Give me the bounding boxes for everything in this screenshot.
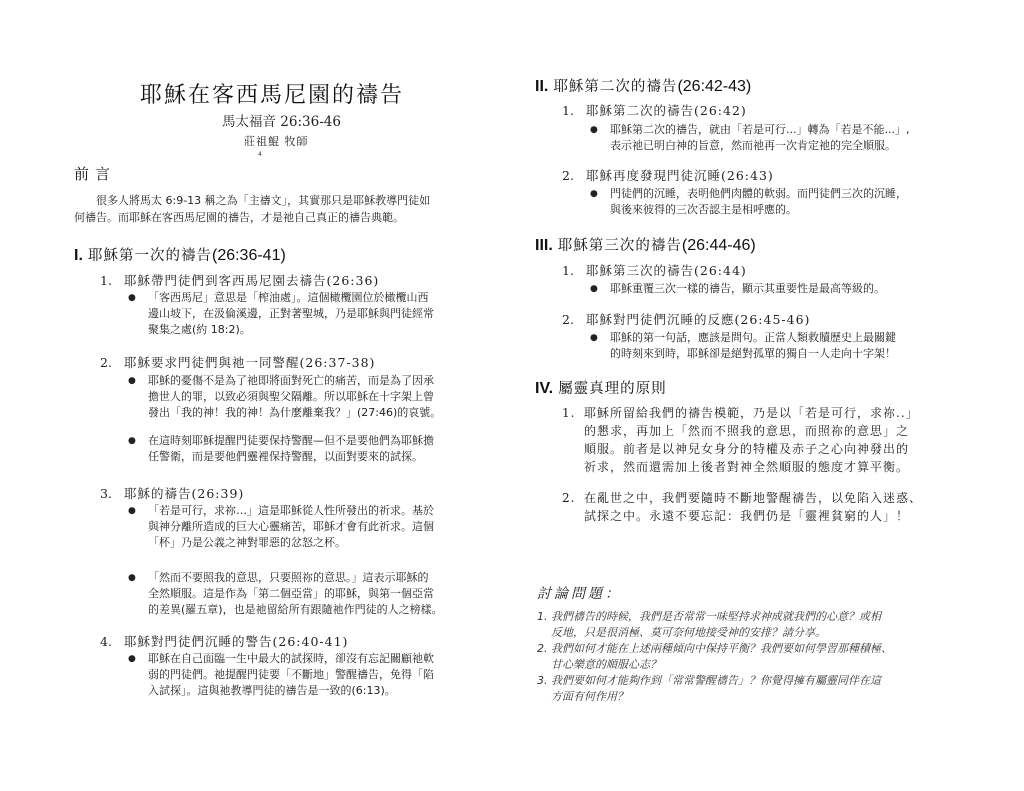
question-line: 反地，只是很消極、莫可奈何地接受神的安排？請分享。 (551, 625, 881, 641)
item-number: 1. (562, 263, 586, 278)
preface-paragraph: 很多人將馬太 6:9-13 稱之為「主禱文」，其實那只是耶穌教導門徒如 何禱告。… (74, 192, 430, 226)
bullet-line: 入試探」。這與祂教導門徒的禱告是一致的(6:13)。 (148, 683, 434, 699)
question-number: 3. (537, 673, 548, 689)
section-ref: (26:36-41) (212, 247, 286, 264)
section-title: 耶穌第一次的禱告 (88, 248, 212, 264)
item-number: 1. (562, 103, 586, 118)
section-heading-3: III. 耶穌第三次的禱告(26:44-46) (535, 234, 756, 255)
section-ref: (26:44-46) (682, 237, 756, 254)
bullet: ● 耶穌第二次的禱告，就由「若是可行...」轉為「若是不能...」, 表示祂已明… (590, 122, 970, 156)
bullet-line: 門徒們的沉睡，表明他們肉體的軟弱。而門徒們三次的沉睡， (610, 186, 907, 202)
item-title: 耶穌帶門徒們到客西馬尼園去禱告(26:36) (124, 273, 379, 288)
bullet-line: 發出「我的神！我的神！為什麼離棄我？」(27:46)的哀號。 (148, 405, 441, 421)
principle-line: 的懇求，再加上「然而不照我的意思，而照祢的意思」之 (584, 422, 919, 440)
section-title: 屬靈真理的原則 (558, 381, 667, 397)
bullet-line: 耶穌的第一句話，應該是問句。正當人類救贖歷史上最關鍵 (610, 330, 896, 346)
bullet-line: 弱的門徒們。祂提醒門徒要「不斷地」警醒禱告，免得「陷 (148, 667, 434, 683)
principle-number: 2. (562, 489, 575, 507)
bullet-line: 與後來彼得的三次否認主是相呼應的。 (610, 202, 907, 218)
bullet-icon: ● (128, 290, 136, 306)
bullet: ● 門徒們的沉睡，表明他們肉體的軟弱。而門徒們三次的沉睡， 與後來彼得的三次否認… (590, 186, 970, 220)
section-numeral: III. (535, 237, 553, 254)
bullet-line: 耶穌重覆三次一樣的禱告，顯示其重要性是最高等級的。 (610, 281, 885, 297)
item-number: 2. (562, 168, 586, 183)
subheading-1-1: 1.耶穌帶門徒們到客西馬尼園去禱告(26:36) (100, 271, 379, 289)
item-number: 1. (100, 273, 124, 288)
author: 莊祖鯤 牧師 (244, 133, 309, 149)
bullet: ● 耶穌在自己面臨一生中最大的試探時，卻沒有忘記關顧祂軟 弱的門徒們。祂提醒門徒… (128, 651, 488, 701)
bullet-line: 耶穌在自己面臨一生中最大的試探時，卻沒有忘記關顧祂軟 (148, 651, 434, 667)
section-title: 耶穌第二次的禱告 (553, 79, 677, 95)
item-title: 耶穌要求門徒們與祂一同警醒(26:37-38) (124, 355, 375, 370)
item-title: 耶穌的禱告(26:39) (124, 486, 244, 501)
section-numeral: IV. (535, 380, 553, 397)
subheading-1-4: 4.耶穌對門徒們沉睡的警告(26:40-41) (100, 632, 348, 650)
section-heading-1: I. 耶穌第一次的禱告(26:36-41) (74, 244, 286, 265)
question-line: 我們禱告的時候，我們是否常常一味堅持求神成就我們的心意？或相 (551, 609, 881, 625)
principle-line: 耶穌所留給我們的禱告模範，乃是以「若是可行，求祢..」 (584, 404, 919, 422)
discussion-question: 2. 我們如何才能在上述兩種傾向中保持平衡？我們要如何學習那種積極、 甘心樂意的… (537, 641, 977, 673)
principle-line: 在亂世之中，我們要隨時不斷地警醒禱告，以免陷入迷惑、 (584, 489, 922, 507)
item-number: 2. (100, 355, 124, 370)
discussion-question: 3. 我們要如何才能夠作到「常常警醒禱告」？你覺得擁有屬靈同伴在這 方面有何作用… (537, 673, 977, 705)
bullet-line: 全然順服。這是作為「第二個亞當」的耶穌，與第一個亞當 (148, 586, 443, 602)
scripture-reference: 馬太福音 26:36-46 (222, 110, 341, 130)
bullet-icon: ● (590, 330, 598, 346)
bullet-icon: ● (128, 373, 136, 389)
principle: 2. 在亂世之中，我們要隨時不斷地警醒禱告，以免陷入迷惑、 試探之中。永遠不要忘… (562, 489, 982, 527)
item-title: 耶穌對門徒們沉睡的警告(26:40-41) (124, 634, 348, 649)
question-number: 1. (537, 609, 548, 625)
section-numeral: I. (74, 247, 83, 264)
bullet-line: 「若是可行，求祢…」這是耶穌從人性所發出的祈求。基於 (148, 503, 434, 519)
bullet-line: 邊山坡下，在汲倫溪邊，正對著聖城，乃是耶穌與門徒經常 (148, 306, 434, 322)
bullet: ● 耶穌重覆三次一樣的禱告，顯示其重要性是最高等級的。 (590, 281, 970, 299)
principle-line: 順服。前者是以神兒女身分的特權及赤子之心向神發出的 (584, 440, 919, 458)
principle: 1. 耶穌所留給我們的禱告模範，乃是以「若是可行，求祢..」 的懇求，再加上「然… (562, 404, 982, 478)
bullet-line: 聚集之處(約 18:2)。 (148, 322, 434, 338)
bullet-line: 與神分離所造成的巨大心靈痛苦，耶穌才會有此祈求。這個 (148, 519, 434, 535)
principle-line: 試探之中。永遠不要忘記：我們仍是「靈裡貧窮的人」！ (584, 507, 922, 525)
bullet: ● 耶穌的第一句話，應該是問句。正當人類救贖歷史上最關鍵 的時刻來到時，耶穌卻是… (590, 330, 970, 364)
subheading-1-3: 3.耶穌的禱告(26:39) (100, 484, 244, 502)
bullet: ● 「然而不要照我的意思，只要照祢的意思。」這表示耶穌的 全然順服。這是作為「第… (128, 570, 508, 620)
section-ref: (26:42-43) (677, 78, 751, 95)
discussion-heading: 討論問題： (537, 583, 622, 603)
bullet-line: 任警衛，而是要他們靈裡保持警醒，以面對要來的試探。 (148, 449, 434, 465)
section-title: 耶穌第三次的禱告 (558, 238, 682, 254)
bullet-icon: ● (590, 186, 598, 202)
bullet-line: 「然而不要照我的意思，只要照祢的意思。」這表示耶穌的 (148, 570, 443, 586)
question-line: 方面有何作用？ (551, 689, 881, 705)
section-heading-2: II. 耶穌第二次的禱告(26:42-43) (535, 75, 751, 96)
item-number: 4. (100, 634, 124, 649)
bullet-line: 的差異(羅五章)，也是祂留給所有跟隨祂作門徒的人之榜樣。 (148, 602, 443, 618)
bullet-line: 「杯」乃是公義之神對罪惡的忿怒之杯。 (148, 535, 434, 551)
bullet-line: 耶穌的憂傷不是為了祂即將面對死亡的痛苦，而是為了因承 (148, 373, 441, 389)
bullet-line: 在這時刻耶穌提醒門徒要保持警醒—但不是要他們為耶穌擔 (148, 433, 434, 449)
bullet-icon: ● (590, 122, 598, 138)
section-numeral: II. (535, 78, 548, 95)
item-title: 耶穌再度發現門徒沉睡(26:43) (586, 168, 774, 183)
preface-heading: 前言 (74, 163, 116, 184)
question-number: 2. (537, 641, 548, 657)
subheading-1-2: 2.耶穌要求門徒們與祂一同警醒(26:37-38) (100, 353, 375, 371)
principle-line: 祈求，然而還需加上後者對神全然順服的態度才算平衡。 (584, 458, 919, 476)
preface-line: 何禱告。而耶穌在客西馬尼園的禱告，才是祂自己真正的禱告典範。 (74, 209, 430, 226)
item-number: 3. (100, 486, 124, 501)
item-title: 耶穌第二次的禱告(26:42) (586, 103, 747, 118)
question-line: 我們要如何才能夠作到「常常警醒禱告」？你覺得擁有屬靈同伴在這 (551, 673, 881, 689)
discussion-question: 1. 我們禱告的時候，我們是否常常一味堅持求神成就我們的心意？或相 反地，只是很… (537, 609, 977, 641)
section-heading-4: IV. 屬靈真理的原則 (535, 377, 667, 398)
question-line: 甘心樂意的順服心志？ (551, 657, 892, 673)
bullet-line: 耶穌第二次的禱告，就由「若是可行...」轉為「若是不能...」, (610, 122, 909, 138)
bullet-line: 「客西馬尼」意思是「榨油處」。這個橄欖園位於橄欖山西 (148, 290, 434, 306)
bullet-line: 表示祂已明白神的旨意，然而祂再一次肯定祂的完全順服。 (610, 138, 909, 154)
document-title: 耶穌在客西馬尼園的禱告 (140, 78, 404, 109)
bullet-icon: ● (128, 651, 136, 667)
bullet-line: 的時刻來到時，耶穌卻是絕對孤單的獨自一人走向十字架！ (610, 346, 896, 362)
principle-number: 1. (562, 404, 575, 422)
preface-line: 很多人將馬太 6:9-13 稱之為「主禱文」，其實那只是耶穌教導門徒如 (74, 192, 430, 209)
bullet: ● 在這時刻耶穌提醒門徒要保持警醒—但不是要他們為耶穌擔 任警衛，而是要他們靈裡… (128, 433, 488, 467)
subheading-2-1: 1.耶穌第二次的禱告(26:42) (562, 101, 747, 119)
bullet: ● 「客西馬尼」意思是「榨油處」。這個橄欖園位於橄欖山西 邊山坡下，在汲倫溪邊，… (128, 290, 488, 340)
bullet: ● 「若是可行，求祢…」這是耶穌從人性所發出的祈求。基於 與神分離所造成的巨大心… (128, 503, 488, 553)
footnote-mark: 4 (258, 151, 262, 158)
bullet-line: 擔世人的罪，以致必須與聖父隔離。所以耶穌在十字架上曾 (148, 389, 441, 405)
bullet: ● 耶穌的憂傷不是為了祂即將面對死亡的痛苦，而是為了因承 擔世人的罪，以致必須與… (128, 373, 488, 423)
item-number: 2. (562, 312, 586, 327)
subheading-3-2: 2.耶穌對門徒們沉睡的反應(26:45-46) (562, 310, 810, 328)
bullet-icon: ● (128, 570, 136, 586)
bullet-icon: ● (128, 503, 136, 519)
bullet-icon: ● (128, 433, 136, 449)
item-title: 耶穌第三次的禱告(26:44) (586, 263, 747, 278)
question-line: 我們如何才能在上述兩種傾向中保持平衡？我們要如何學習那種積極、 (551, 641, 892, 657)
subheading-3-1: 1.耶穌第三次的禱告(26:44) (562, 261, 747, 279)
bullet-icon: ● (590, 281, 598, 297)
item-title: 耶穌對門徒們沉睡的反應(26:45-46) (586, 312, 810, 327)
subheading-2-2: 2.耶穌再度發現門徒沉睡(26:43) (562, 166, 774, 184)
